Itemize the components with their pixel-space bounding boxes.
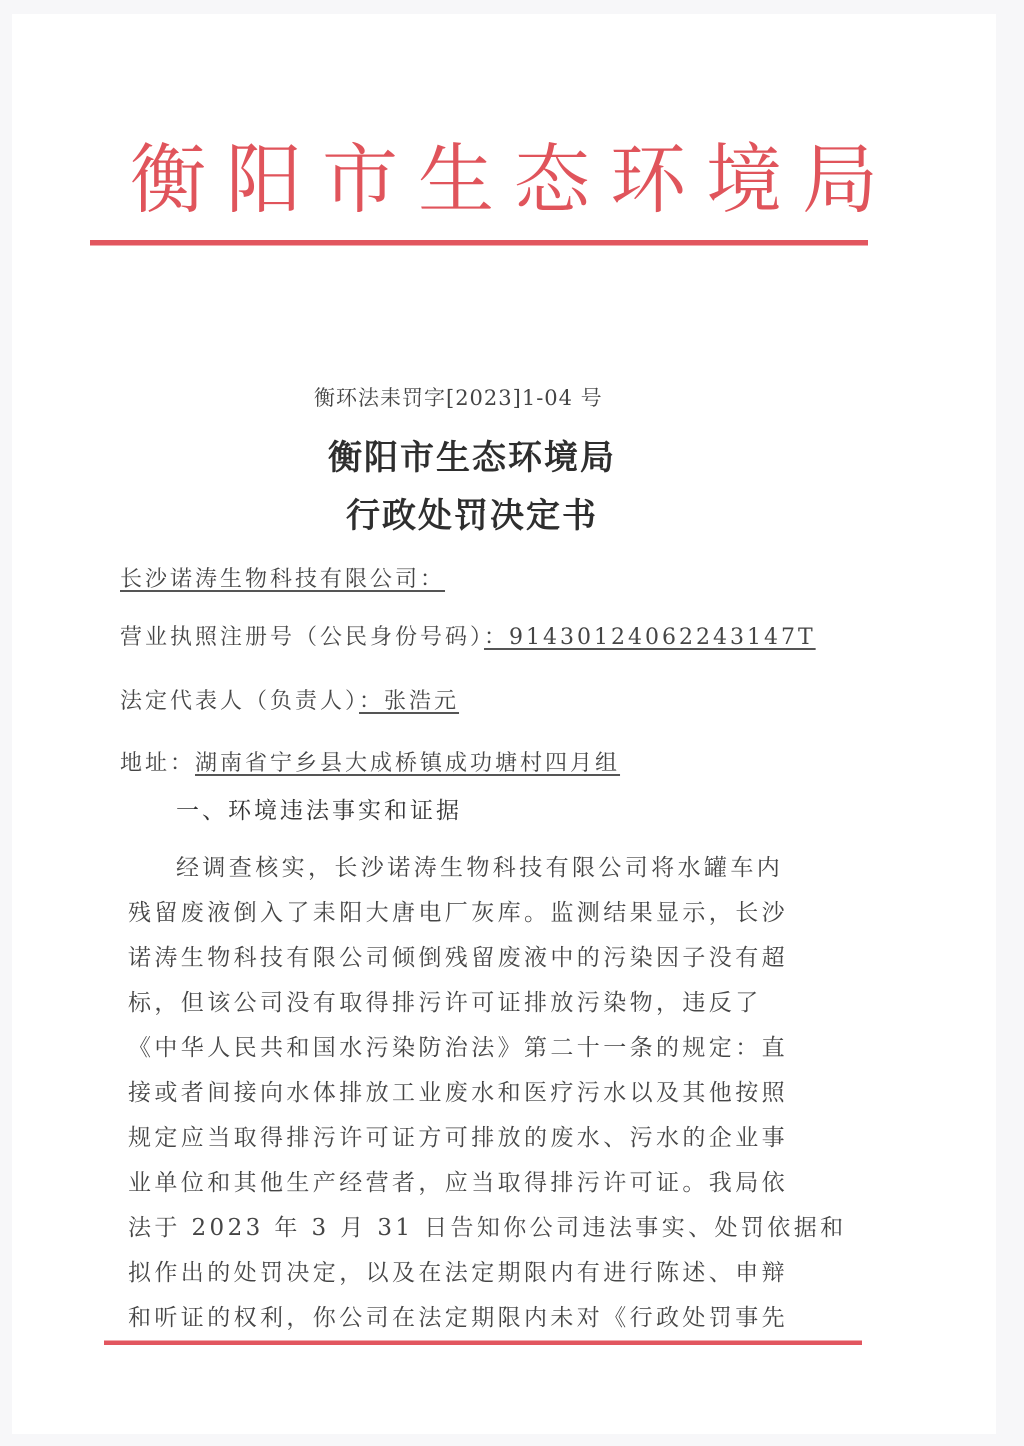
party-representative: 法定代表人（负责人）：张浩元 (120, 684, 459, 715)
party-license: 营业执照注册号（公民身份号码）：91430124062243147T (120, 620, 816, 651)
body-line: 经调查核实，长沙诺涛生物科技有限公司将水罐车内 (128, 846, 818, 891)
body-line: 标，但该公司没有取得排污许可证排放污染物，违反了 (128, 981, 818, 1026)
document-number: 衡环法耒罚字[2023]1-04 号 (314, 382, 603, 412)
section-body-facts: 经调查核实，长沙诺涛生物科技有限公司将水罐车内 残留废液倒入了耒阳大唐电厂灰库。… (128, 846, 818, 1341)
representative-label: 法定代表人（负责人） (120, 689, 359, 714)
representative-value: ：张浩元 (359, 689, 459, 714)
body-line: 《中华人民共和国水污染防治法》第二十一条的规定：直 (128, 1026, 818, 1071)
body-line: 和听证的权利，你公司在法定期限内未对《行政处罚事先 (128, 1296, 818, 1341)
body-line: 残留废液倒入了耒阳大唐电厂灰库。监测结果显示，长沙 (128, 891, 818, 936)
body-line: 拟作出的处罚决定，以及在法定期限内有进行陈述、申辩 (128, 1251, 818, 1296)
document-page: 衡阳市生态环境局 衡环法耒罚字[2023]1-04 号 衡阳市生态环境局 行政处… (12, 14, 996, 1434)
license-label: 营业执照注册号（公民身份号码） (120, 625, 484, 650)
letterhead-rule-bottom (104, 1340, 862, 1345)
agency-letterhead: 衡阳市生态环境局 (130, 142, 898, 218)
document-title-type: 行政处罚决定书 (12, 488, 932, 537)
body-line: 接或者间接向水体排放工业废水和医疗污水以及其他按照 (128, 1071, 818, 1116)
document-title-agency: 衡阳市生态环境局 (12, 430, 932, 479)
section-heading-facts: 一、环境违法事实和证据 (176, 792, 462, 825)
letterhead-rule-top (90, 240, 868, 246)
address-value: 湖南省宁乡县大成桥镇成功塘村四月组 (195, 751, 620, 776)
body-line: 业单位和其他生产经营者，应当取得排污许可证。我局依 (128, 1161, 818, 1206)
party-company: 长沙诺涛生物科技有限公司： (120, 562, 445, 593)
company-name: 长沙诺涛生物科技有限公司： (120, 567, 445, 592)
license-value: ：91430124062243147T (484, 625, 816, 650)
party-address: 地址：湖南省宁乡县大成桥镇成功塘村四月组 (120, 746, 620, 777)
body-line: 诺涛生物科技有限公司倾倒残留废液中的污染因子没有超 (128, 936, 818, 981)
body-line: 法于 2023 年 3 月 31 日告知你公司违法事实、处罚依据和 (128, 1206, 818, 1251)
body-line: 规定应当取得排污许可证方可排放的废水、污水的企业事 (128, 1116, 818, 1161)
address-label: 地址： (120, 751, 195, 776)
